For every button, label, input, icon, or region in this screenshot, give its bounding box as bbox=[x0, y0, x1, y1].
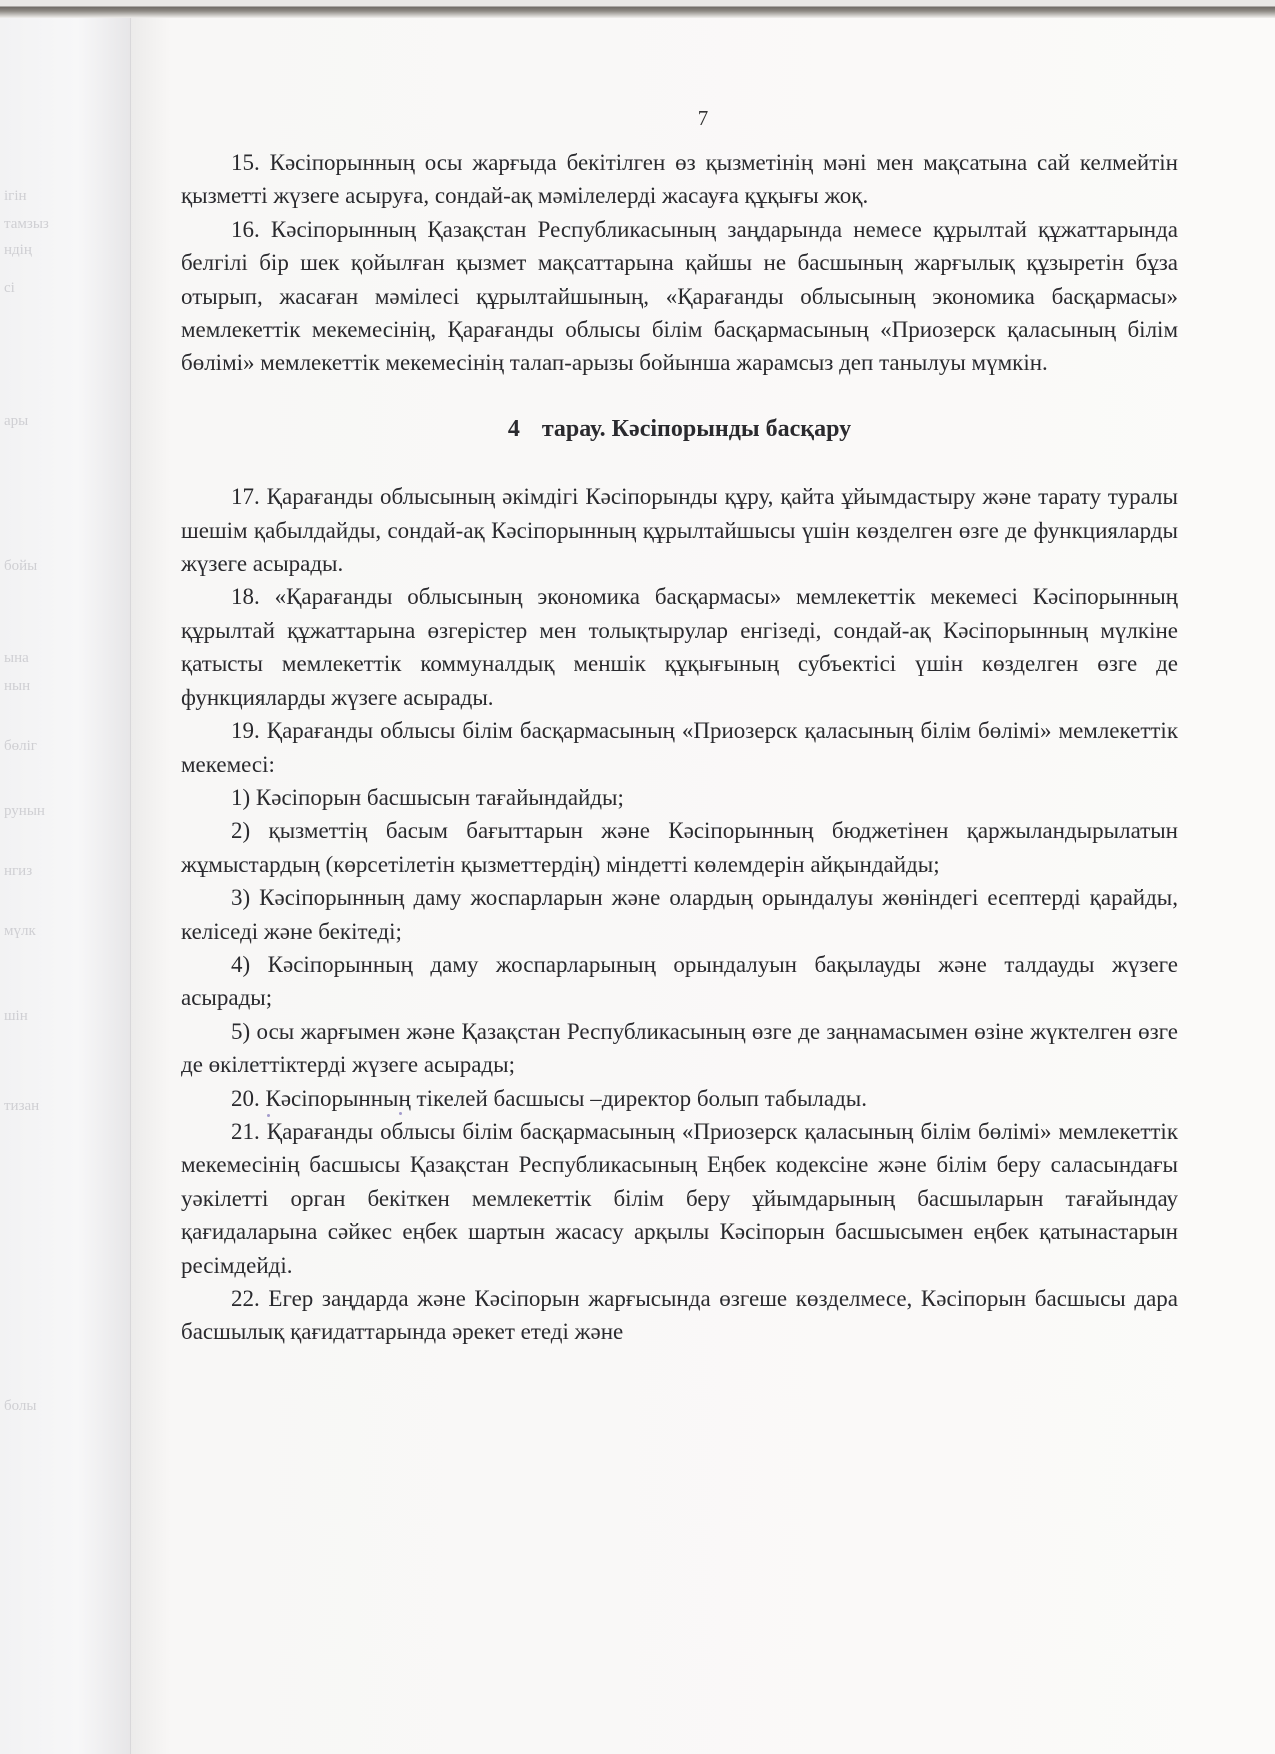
bleed-through-text: нгиз bbox=[4, 863, 124, 880]
bleed-through-text: мүлк bbox=[4, 923, 124, 940]
ink-speck bbox=[267, 1114, 270, 1117]
section-title: тарау. Кәсіпорынды басқару bbox=[542, 416, 851, 442]
paragraph-20: 20. Кәсіпорынның тікелей басшысы –директ… bbox=[181, 1082, 1178, 1115]
paragraph-15: 15. Кәсіпорынның осы жарғыда бекітілген … bbox=[181, 146, 1178, 213]
text-body: 15. Кәсіпорынның осы жарғыда бекітілген … bbox=[181, 146, 1178, 1349]
paragraph-17: 17. Қарағанды облысының әкімдігі Кәсіпор… bbox=[181, 480, 1178, 580]
page-number: 7 bbox=[131, 106, 1275, 131]
bleed-through-text: тамзыз bbox=[4, 216, 124, 233]
bleed-through-text: ары bbox=[4, 413, 124, 430]
list-item-19-4: 4) Кәсіпорынның даму жоспарларының орынд… bbox=[181, 948, 1178, 1015]
document-page: 7 15. Кәсіпорынның осы жарғыда бекітілге… bbox=[131, 18, 1275, 1754]
bleed-through-text: бойы bbox=[4, 558, 124, 575]
paragraph-21: 21. Қарағанды облысы білім басқармасының… bbox=[181, 1115, 1178, 1282]
paragraph-19: 19. Қарағанды облысы білім басқармасының… bbox=[181, 714, 1178, 781]
section-number: 4 bbox=[508, 416, 520, 442]
bleed-through-text: шін bbox=[4, 1008, 124, 1025]
scan-top-edge bbox=[0, 0, 1275, 18]
ink-speck bbox=[399, 1112, 402, 1115]
list-item-19-2: 2) қызметтің басым бағыттарын және Кәсіп… bbox=[181, 814, 1178, 881]
bleed-through-text: ігін bbox=[4, 188, 124, 205]
paragraph-16: 16. Кәсіпорынның Қазақстан Республикасын… bbox=[181, 213, 1178, 380]
bleed-through-text: тизан bbox=[4, 1098, 124, 1115]
binding-strip: ігін тамзыз ндің сі ары бойы ына нын бөл… bbox=[0, 18, 131, 1754]
bleed-through-text: нын bbox=[4, 678, 124, 695]
section-heading: 4тарау. Кәсіпорынды басқару bbox=[181, 413, 1178, 446]
bleed-through-text: ына bbox=[4, 650, 124, 667]
bleed-through-text: бөліг bbox=[4, 738, 124, 755]
bleed-through-text: рунын bbox=[4, 803, 124, 820]
paragraph-18: 18. «Қарағанды облысының экономика басқа… bbox=[181, 580, 1178, 714]
list-item-19-1: 1) Кәсіпорын басшысын тағайындайды; bbox=[181, 781, 1178, 814]
bleed-through-text: сі bbox=[4, 280, 124, 297]
list-item-19-5: 5) осы жарғымен және Қазақстан Республик… bbox=[181, 1015, 1178, 1082]
bleed-through-text: болы bbox=[4, 1398, 124, 1415]
list-item-19-3: 3) Кәсіпорынның даму жоспарларын және ол… bbox=[181, 881, 1178, 948]
bleed-through-text: ндің bbox=[4, 242, 124, 259]
paragraph-22: 22. Егер заңдарда және Кәсіпорын жарғысы… bbox=[181, 1282, 1178, 1349]
